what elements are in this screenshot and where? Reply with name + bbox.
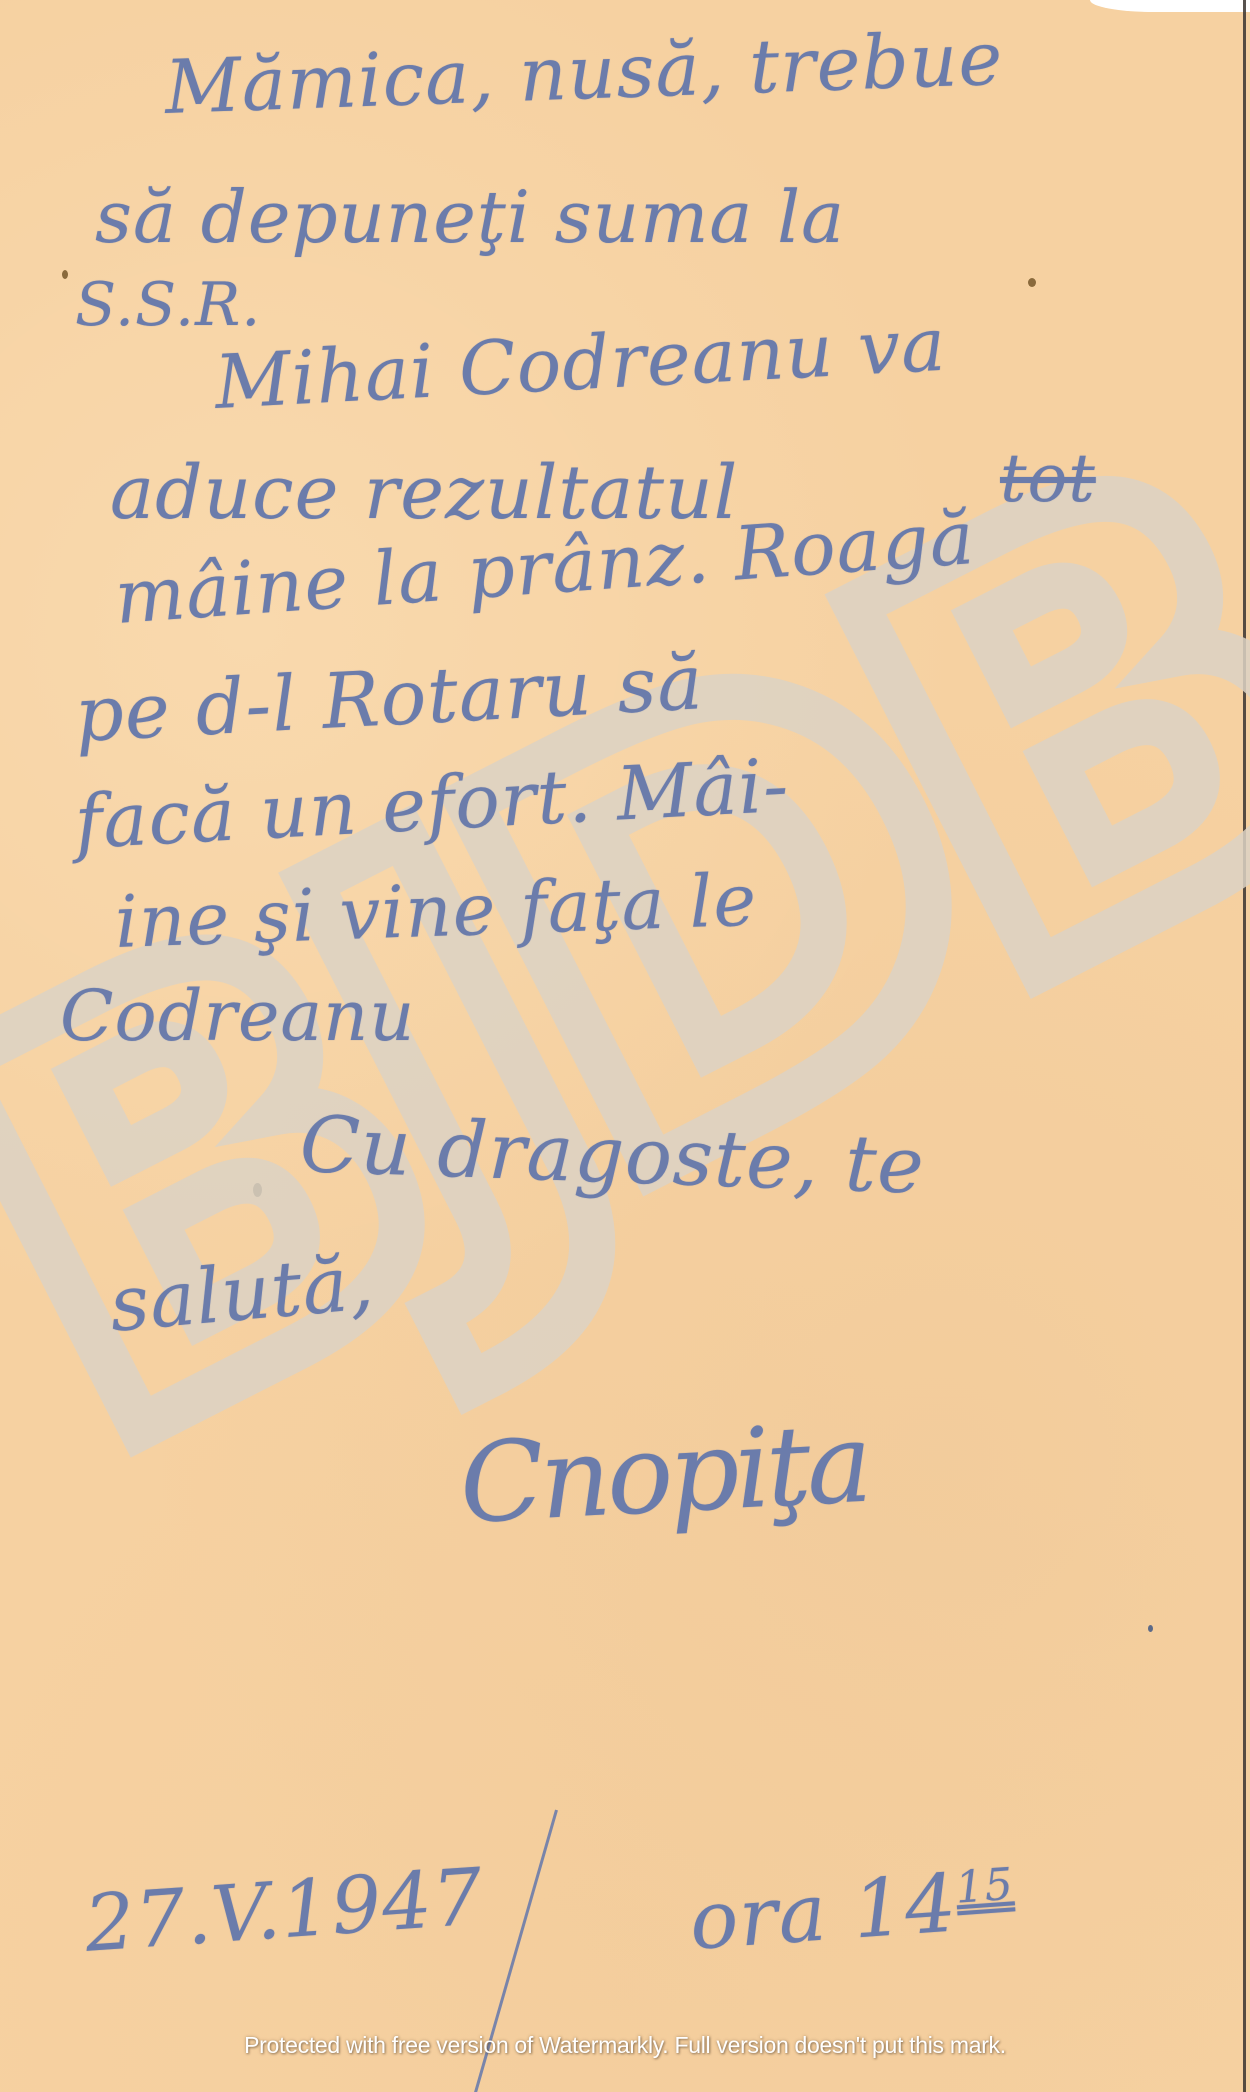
letter-line: ine şi vine faţa le: [114, 858, 759, 964]
scan-border: [1243, 0, 1246, 2092]
letter-time: ora 1415: [687, 1852, 1018, 1967]
letter-line: pe d-l Rotaru să: [73, 637, 706, 759]
letter-line: facă un efort. Mâi-: [73, 743, 791, 866]
paper-speck: [253, 1183, 262, 1197]
letter-line: S.S.R.: [75, 270, 261, 340]
struck-word: tot: [1000, 440, 1096, 517]
letter-date: 27.V.1947: [82, 1852, 486, 1970]
letter-line: să depuneţi suma la: [95, 175, 845, 259]
letter-line: Mihai Codreanu va: [213, 302, 948, 426]
letter-line: Cu dragoste, te: [298, 1100, 926, 1212]
torn-paper-edge: [1090, 0, 1250, 12]
scanned-letter-page: BJDB Mămica, nusă, trebuesă depuneţi sum…: [0, 0, 1250, 2092]
time-hour: ora 14: [687, 1856, 960, 1967]
letter-line: Mămica, nusă, trebue: [163, 16, 1004, 131]
letter-line: salută,: [106, 1237, 377, 1349]
paper-speck: [62, 270, 68, 279]
letter-line: Codreanu: [60, 975, 415, 1057]
time-minutes: 15: [954, 1859, 1015, 1914]
paper-speck: [1148, 1625, 1153, 1632]
signature: Cnopiţa: [457, 1399, 872, 1548]
watermarkly-notice: Protected with free version of Watermark…: [0, 2032, 1250, 2059]
paper-speck: [1028, 278, 1036, 287]
